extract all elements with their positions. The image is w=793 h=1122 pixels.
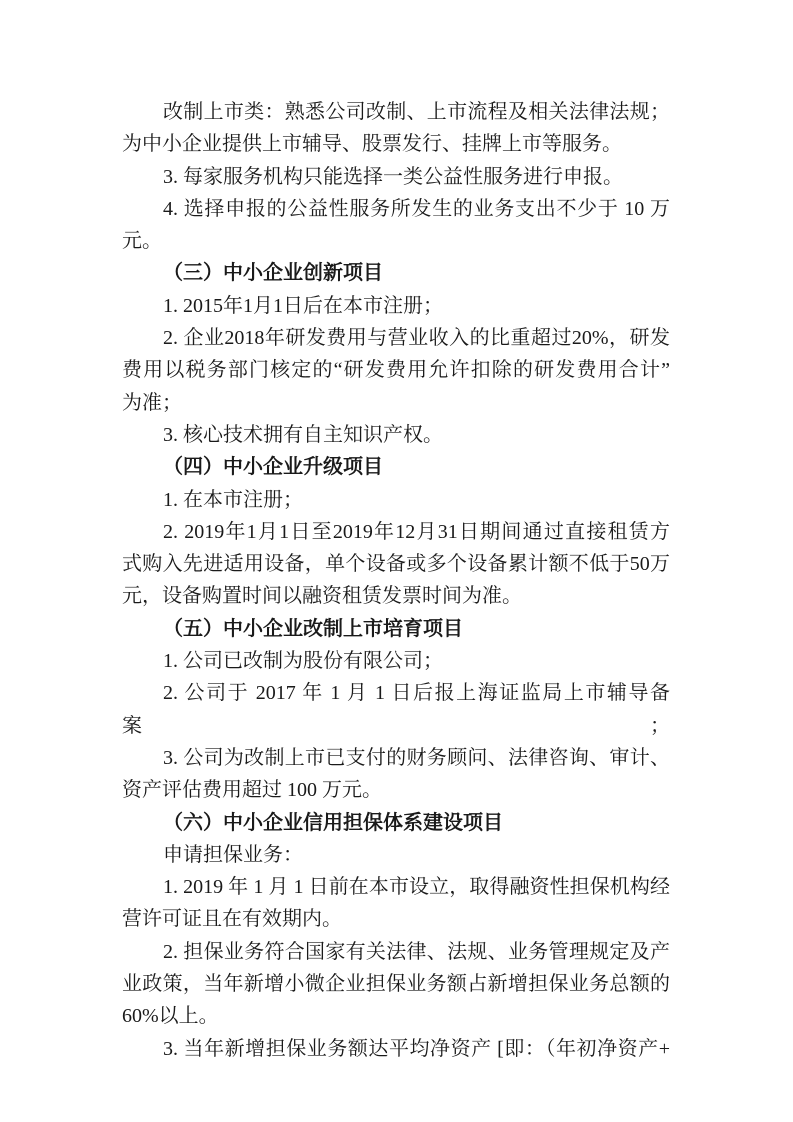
- document-page: 改制上市类：熟悉公司改制、上市流程及相关法律法规； 为中小企业提供上市辅导、股票…: [0, 0, 793, 1122]
- doc-line: 3. 核心技术拥有自主知识产权。: [122, 419, 670, 451]
- doc-line: 申请担保业务：: [122, 839, 670, 871]
- doc-line: 资产评估费用超过 100 万元。: [122, 774, 670, 806]
- doc-line: 60%以上。: [122, 1000, 670, 1032]
- doc-line: 1. 公司已改制为股份有限公司；: [122, 645, 670, 677]
- text-block: 改制上市类：熟悉公司改制、上市流程及相关法律法规； 为中小企业提供上市辅导、股票…: [122, 96, 670, 1065]
- doc-line: 3. 公司为改制上市已支付的财务顾问、法律咨询、审计、: [122, 742, 670, 774]
- doc-line: 3. 每家服务机构只能选择一类公益性服务进行申报。: [122, 161, 670, 193]
- doc-line: 2. 公司于 2017 年 1 月 1 日后报上海证监局上市辅导备案；: [122, 677, 670, 742]
- doc-line: 3. 当年新增担保业务额达平均净资产 [即：（年初净资产+: [122, 1033, 670, 1065]
- section-heading-3: （三）中小企业创新项目: [122, 257, 670, 289]
- doc-line: 1. 2019 年 1 月 1 日前在本市设立，取得融资性担保机构经: [122, 871, 670, 903]
- doc-line: 式购入先进适用设备，单个设备或多个设备累计额不低于50万: [122, 548, 670, 580]
- section-heading-5: （五）中小企业改制上市培育项目: [122, 613, 670, 645]
- doc-line: 费用以税务部门核定的“研发费用允许扣除的研发费用合计”: [122, 354, 670, 386]
- doc-line: 元，设备购置时间以融资租赁发票时间为准。: [122, 580, 670, 612]
- doc-line: 元。: [122, 225, 670, 257]
- doc-line: 营许可证且在有效期内。: [122, 903, 670, 935]
- doc-line: 为中小企业提供上市辅导、股票发行、挂牌上市等服务。: [122, 128, 670, 160]
- doc-line: 2. 担保业务符合国家有关法律、法规、业务管理规定及产: [122, 936, 670, 968]
- doc-line: 4. 选择申报的公益性服务所发生的业务支出不少于 10 万: [122, 193, 670, 225]
- doc-line: 1. 在本市注册；: [122, 484, 670, 516]
- doc-line: 1. 2015年1月1日后在本市注册；: [122, 290, 670, 322]
- section-heading-4: （四）中小企业升级项目: [122, 451, 670, 483]
- doc-line: 为准；: [122, 387, 670, 419]
- doc-line: 业政策，当年新增小微企业担保业务额占新增担保业务总额的: [122, 968, 670, 1000]
- doc-line: 2. 企业2018年研发费用与营业收入的比重超过20%，研发: [122, 322, 670, 354]
- doc-line: 改制上市类：熟悉公司改制、上市流程及相关法律法规；: [122, 96, 670, 128]
- section-heading-6: （六）中小企业信用担保体系建设项目: [122, 807, 670, 839]
- doc-line: 2. 2019年1月1日至2019年12月31日期间通过直接租赁方: [122, 516, 670, 548]
